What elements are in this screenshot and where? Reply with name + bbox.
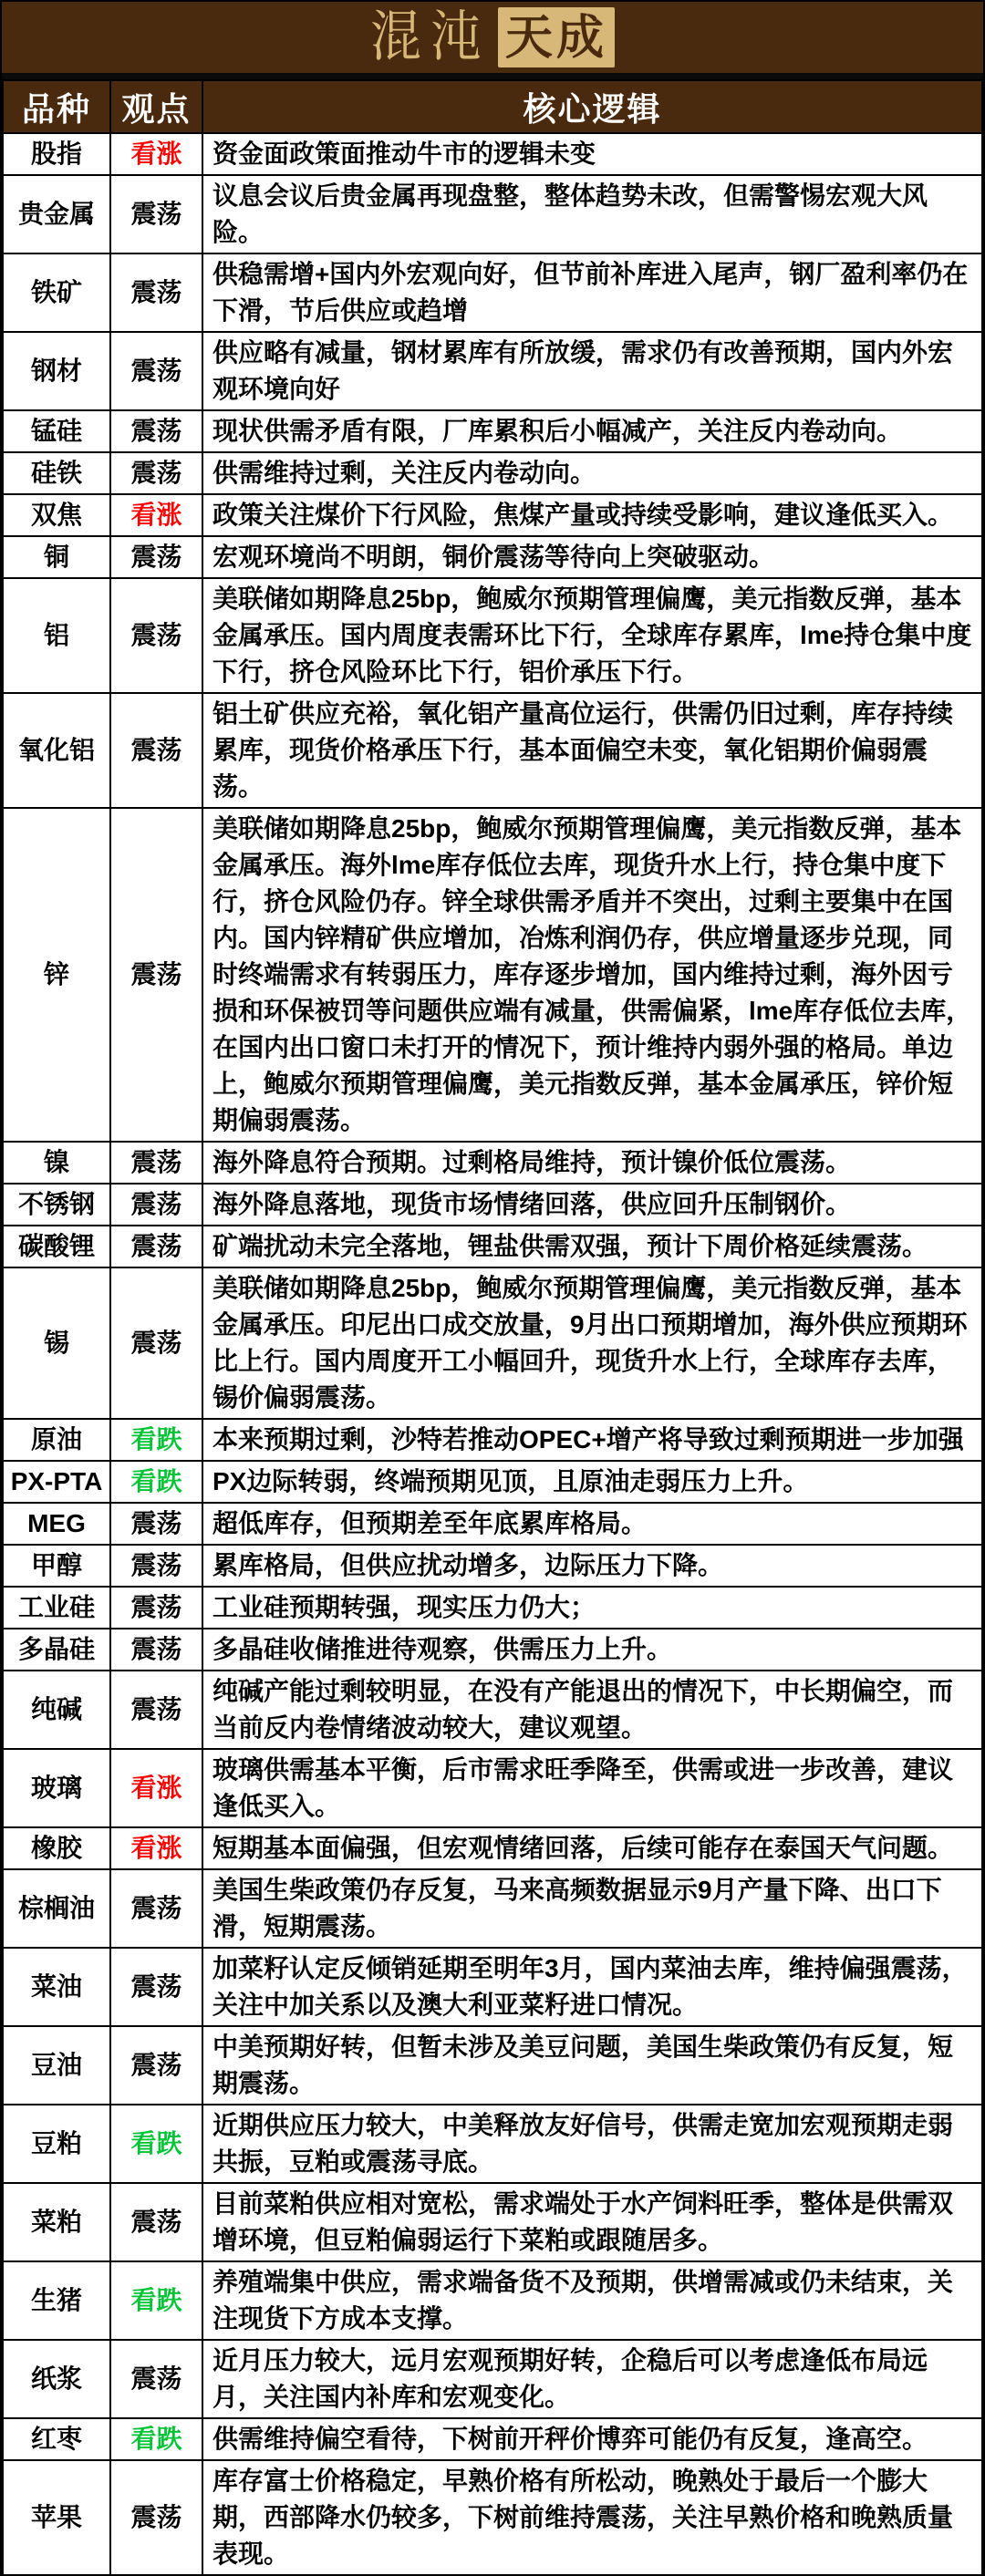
- table-body: 股指看涨资金面政策面推动牛市的逻辑未变贵金属震荡议息会议后贵金属再现盘整，整体趋…: [3, 133, 982, 2575]
- variety-cell: 红枣: [3, 2418, 110, 2460]
- table-row: 氧化铝震荡铝土矿供应充裕，氧化铝产量高位运行，供需仍旧过剩，库存持续累库，现货价…: [3, 693, 982, 808]
- view-cell: 看涨: [110, 1749, 202, 1827]
- variety-cell: 锰硅: [3, 410, 110, 452]
- variety-cell: 豆粕: [3, 2105, 110, 2183]
- variety-cell: 工业硅: [3, 1587, 110, 1629]
- core-logic-cell: 近期供应压力较大，中美释放友好信号，供需走宽加宏观预期走弱共振，豆粕或震荡寻底。: [202, 2105, 982, 2183]
- view-cell: 震荡: [110, 1545, 202, 1587]
- view-cell: 看跌: [110, 2105, 202, 2183]
- variety-cell: 股指: [3, 133, 110, 175]
- variety-cell: 豆油: [3, 2026, 110, 2105]
- table-row: 锌震荡美联储如期降息25bp，鲍威尔预期管理偏鹰，美元指数反弹，基本金属承压。海…: [3, 808, 982, 1142]
- variety-cell: 镍: [3, 1142, 110, 1184]
- view-cell: 震荡: [110, 1948, 202, 2026]
- variety-cell: 玻璃: [3, 1749, 110, 1827]
- core-logic-cell: 短期基本面偏强，但宏观情绪回落，后续可能存在泰国天气问题。: [202, 1827, 982, 1869]
- table-row: 双焦看涨政策关注煤价下行风险，焦煤产量或持续受影响，建议逢低买入。: [3, 494, 982, 536]
- variety-cell: 生猪: [3, 2261, 110, 2340]
- core-logic-cell: 超低库存，但预期差至年底累库格局。: [202, 1503, 982, 1545]
- table-row: 纯碱震荡纯碱产能过剩较明显，在没有产能退出的情况下，中长期偏空，而当前反内卷情绪…: [3, 1671, 982, 1749]
- core-logic-cell: 铝土矿供应充裕，氧化铝产量高位运行，供需仍旧过剩，库存持续累库，现货价格承压下行…: [202, 693, 982, 808]
- core-logic-cell: 多晶硅收储推进待观察，供需压力上升。: [202, 1629, 982, 1671]
- view-cell: 震荡: [110, 1671, 202, 1749]
- core-logic-cell: 供稳需增+国内外宏观向好，但节前补库进入尾声，钢厂盈利率仍在下滑，节后供应或趋增: [202, 253, 982, 332]
- core-logic-cell: 加菜籽认定反倾销延期至明年3月，国内菜油去库，维持偏强震荡，关注中加关系以及澳大…: [202, 1948, 982, 2026]
- core-logic-cell: 目前菜粕供应相对宽松，需求端处于水产饲料旺季，整体是供需双增环境，但豆粕偏弱运行…: [202, 2183, 982, 2261]
- view-cell: 震荡: [110, 175, 202, 253]
- table-row: 碳酸锂震荡矿端扰动未完全落地，锂盐供需双强，预计下周价格延续震荡。: [3, 1226, 982, 1267]
- variety-cell: 原油: [3, 1419, 110, 1461]
- core-logic-cell: 资金面政策面推动牛市的逻辑未变: [202, 133, 982, 175]
- view-cell: 震荡: [110, 1629, 202, 1671]
- col-header-variety: 品种: [3, 80, 110, 133]
- table-row: 生猪看跌养殖端集中供应，需求端备货不及预期，供增需减或仍未结束，关注现货下方成本…: [3, 2261, 982, 2340]
- view-cell: 震荡: [110, 2026, 202, 2105]
- view-cell: 震荡: [110, 578, 202, 693]
- view-cell: 看涨: [110, 494, 202, 536]
- variety-cell: 锌: [3, 808, 110, 1142]
- core-logic-cell: 议息会议后贵金属再现盘整，整体趋势未改，但需警惕宏观大风险。: [202, 175, 982, 253]
- col-header-view: 观点: [110, 80, 202, 133]
- variety-cell: 氧化铝: [3, 693, 110, 808]
- view-cell: 震荡: [110, 2460, 202, 2575]
- table-row: 棕榈油震荡美国生柴政策仍存反复，马来高频数据显示9月产量下降、出口下滑，短期震荡…: [3, 1869, 982, 1948]
- view-cell: 震荡: [110, 1184, 202, 1226]
- table-row: 玻璃看涨玻璃供需基本平衡，后市需求旺季降至，供需或进一步改善，建议逢低买入。: [3, 1749, 982, 1827]
- variety-cell: PX-PTA: [3, 1461, 110, 1503]
- core-logic-cell: 美联储如期降息25bp，鲍威尔预期管理偏鹰，美元指数反弹，基本金属承压。印尼出口…: [202, 1267, 982, 1419]
- variety-cell: 硅铁: [3, 452, 110, 494]
- table-row: 锰硅震荡现状供需矛盾有限，厂库累积后小幅减产，关注反内卷动向。: [3, 410, 982, 452]
- col-header-core-logic: 核心逻辑: [202, 80, 982, 133]
- view-cell: 震荡: [110, 1142, 202, 1184]
- table-row: 贵金属震荡议息会议后贵金属再现盘整，整体趋势未改，但需警惕宏观大风险。: [3, 175, 982, 253]
- variety-cell: 钢材: [3, 332, 110, 410]
- core-logic-cell: 中美预期好转，但暂未涉及美豆问题，美国生柴政策仍有反复，短期震荡。: [202, 2026, 982, 2105]
- core-logic-cell: 玻璃供需基本平衡，后市需求旺季降至，供需或进一步改善，建议逢低买入。: [202, 1749, 982, 1827]
- table-row: 不锈钢震荡海外降息落地，现货市场情绪回落，供应回升压制钢价。: [3, 1184, 982, 1226]
- view-cell: 看涨: [110, 1827, 202, 1869]
- variety-cell: 双焦: [3, 494, 110, 536]
- variety-cell: 棕榈油: [3, 1869, 110, 1948]
- core-logic-cell: 现状供需矛盾有限，厂库累积后小幅减产，关注反内卷动向。: [202, 410, 982, 452]
- core-logic-cell: PX边际转弱，终端预期见顶，且原油走弱压力上升。: [202, 1461, 982, 1503]
- core-logic-cell: 本来预期过剩，沙特若推动OPEC+增产将导致过剩预期进一步加强: [202, 1419, 982, 1461]
- core-logic-cell: 政策关注煤价下行风险，焦煤产量或持续受影响，建议逢低买入。: [202, 494, 982, 536]
- view-cell: 震荡: [110, 808, 202, 1142]
- core-logic-cell: 工业硅预期转强，现实压力仍大；: [202, 1587, 982, 1629]
- commodity-views-table: 品种 观点 核心逻辑 股指看涨资金面政策面推动牛市的逻辑未变贵金属震荡议息会议后…: [2, 79, 983, 2576]
- table-row: 工业硅震荡工业硅预期转强，现实压力仍大；: [3, 1587, 982, 1629]
- table-row: 甲醇震荡累库格局，但供应扰动增多，边际压力下降。: [3, 1545, 982, 1587]
- table-row: 菜油震荡加菜籽认定反倾销延期至明年3月，国内菜油去库，维持偏强震荡，关注中加关系…: [3, 1948, 982, 2026]
- variety-cell: 纸浆: [3, 2340, 110, 2418]
- table-row: 豆粕看跌近期供应压力较大，中美释放友好信号，供需走宽加宏观预期走弱共振，豆粕或震…: [3, 2105, 982, 2183]
- view-cell: 震荡: [110, 1587, 202, 1629]
- table-row: 苹果震荡库存富士价格稳定，早熟价格有所松动，晚熟处于最后一个膨大期，西部降水仍较…: [3, 2460, 982, 2575]
- view-cell: 看跌: [110, 2261, 202, 2340]
- core-logic-cell: 矿端扰动未完全落地，锂盐供需双强，预计下周价格延续震荡。: [202, 1226, 982, 1267]
- core-logic-cell: 供应略有减量，钢材累库有所放缓，需求仍有改善预期，国内外宏观环境向好: [202, 332, 982, 410]
- table-row: MEG震荡超低库存，但预期差至年底累库格局。: [3, 1503, 982, 1545]
- table-row: 豆油震荡中美预期好转，但暂未涉及美豆问题，美国生柴政策仍有反复，短期震荡。: [3, 2026, 982, 2105]
- view-cell: 震荡: [110, 1267, 202, 1419]
- core-logic-cell: 美国生柴政策仍存反复，马来高频数据显示9月产量下降、出口下滑，短期震荡。: [202, 1869, 982, 1948]
- core-logic-cell: 养殖端集中供应，需求端备货不及预期，供增需减或仍未结束，关注现货下方成本支撑。: [202, 2261, 982, 2340]
- core-logic-cell: 海外降息符合预期。过剩格局维持，预计镍价低位震荡。: [202, 1142, 982, 1184]
- view-cell: 震荡: [110, 1503, 202, 1545]
- core-logic-cell: 纯碱产能过剩较明显，在没有产能退出的情况下，中长期偏空，而当前反内卷情绪波动较大…: [202, 1671, 982, 1749]
- view-cell: 震荡: [110, 410, 202, 452]
- table-row: 硅铁震荡供需维持过剩，关注反内卷动向。: [3, 452, 982, 494]
- table-row: 锡震荡美联储如期降息25bp，鲍威尔预期管理偏鹰，美元指数反弹，基本金属承压。印…: [3, 1267, 982, 1419]
- view-cell: 看跌: [110, 2418, 202, 2460]
- variety-cell: 多晶硅: [3, 1629, 110, 1671]
- table-row: 多晶硅震荡多晶硅收储推进待观察，供需压力上升。: [3, 1629, 982, 1671]
- view-cell: 看涨: [110, 133, 202, 175]
- table-row: 铁矿震荡供稳需增+国内外宏观向好，但节前补库进入尾声，钢厂盈利率仍在下滑，节后供…: [3, 253, 982, 332]
- brand-banner: 混沌 天成: [2, 0, 983, 79]
- variety-cell: 不锈钢: [3, 1184, 110, 1226]
- variety-cell: 纯碱: [3, 1671, 110, 1749]
- brand-logo-script-text: 混沌: [370, 10, 491, 65]
- table-row: 钢材震荡供应略有减量，钢材累库有所放缓，需求仍有改善预期，国内外宏观环境向好: [3, 332, 982, 410]
- core-logic-cell: 供需维持过剩，关注反内卷动向。: [202, 452, 982, 494]
- variety-cell: 铜: [3, 536, 110, 578]
- variety-cell: 贵金属: [3, 175, 110, 253]
- view-cell: 震荡: [110, 2183, 202, 2261]
- table-row: 纸浆震荡近月压力较大，远月宏观预期好转，企稳后可以考虑逢低布局远月，关注国内补库…: [3, 2340, 982, 2418]
- table-row: 股指看涨资金面政策面推动牛市的逻辑未变: [3, 133, 982, 175]
- brand-logo-seal: 天成: [498, 7, 615, 67]
- variety-cell: 橡胶: [3, 1827, 110, 1869]
- view-cell: 震荡: [110, 452, 202, 494]
- variety-cell: 菜粕: [3, 2183, 110, 2261]
- core-logic-cell: 美联储如期降息25bp，鲍威尔预期管理偏鹰，美元指数反弹，基本金属承压。海外lm…: [202, 808, 982, 1142]
- table-row: PX-PTA看跌PX边际转弱，终端预期见顶，且原油走弱压力上升。: [3, 1461, 982, 1503]
- table-header-row: 品种 观点 核心逻辑: [3, 80, 982, 133]
- variety-cell: 铝: [3, 578, 110, 693]
- view-cell: 震荡: [110, 332, 202, 410]
- table-row: 原油看跌本来预期过剩，沙特若推动OPEC+增产将导致过剩预期进一步加强: [3, 1419, 982, 1461]
- view-cell: 震荡: [110, 2340, 202, 2418]
- variety-cell: 铁矿: [3, 253, 110, 332]
- core-logic-cell: 库存富士价格稳定，早熟价格有所松动，晚熟处于最后一个膨大期，西部降水仍较多，下树…: [202, 2460, 982, 2575]
- view-cell: 震荡: [110, 253, 202, 332]
- core-logic-cell: 宏观环境尚不明朗，铜价震荡等待向上突破驱动。: [202, 536, 982, 578]
- table-row: 铝震荡美联储如期降息25bp，鲍威尔预期管理偏鹰，美元指数反弹，基本金属承压。国…: [3, 578, 982, 693]
- table-row: 铜震荡宏观环境尚不明朗，铜价震荡等待向上突破驱动。: [3, 536, 982, 578]
- table-row: 菜粕震荡目前菜粕供应相对宽松，需求端处于水产饲料旺季，整体是供需双增环境，但豆粕…: [3, 2183, 982, 2261]
- table-row: 镍震荡海外降息符合预期。过剩格局维持，预计镍价低位震荡。: [3, 1142, 982, 1184]
- report-sheet: 混沌 天成 品种 观点 核心逻辑 股指看涨资金面政策面推动牛市的逻辑未变贵金属震…: [0, 0, 985, 2576]
- variety-cell: 苹果: [3, 2460, 110, 2575]
- view-cell: 看跌: [110, 1461, 202, 1503]
- view-cell: 震荡: [110, 536, 202, 578]
- core-logic-cell: 美联储如期降息25bp，鲍威尔预期管理偏鹰，美元指数反弹，基本金属承压。国内周度…: [202, 578, 982, 693]
- variety-cell: MEG: [3, 1503, 110, 1545]
- view-cell: 震荡: [110, 693, 202, 808]
- core-logic-cell: 累库格局，但供应扰动增多，边际压力下降。: [202, 1545, 982, 1587]
- variety-cell: 菜油: [3, 1948, 110, 2026]
- view-cell: 震荡: [110, 1869, 202, 1948]
- table-row: 橡胶看涨短期基本面偏强，但宏观情绪回落，后续可能存在泰国天气问题。: [3, 1827, 982, 1869]
- core-logic-cell: 海外降息落地，现货市场情绪回落，供应回升压制钢价。: [202, 1184, 982, 1226]
- view-cell: 看跌: [110, 1419, 202, 1461]
- variety-cell: 碳酸锂: [3, 1226, 110, 1267]
- view-cell: 震荡: [110, 1226, 202, 1267]
- variety-cell: 锡: [3, 1267, 110, 1419]
- variety-cell: 甲醇: [3, 1545, 110, 1587]
- core-logic-cell: 近月压力较大，远月宏观预期好转，企稳后可以考虑逢低布局远月，关注国内补库和宏观变…: [202, 2340, 982, 2418]
- core-logic-cell: 供需维持偏空看待，下树前开秤价博弈可能仍有反复，逢高空。: [202, 2418, 982, 2460]
- table-row: 红枣看跌供需维持偏空看待，下树前开秤价博弈可能仍有反复，逢高空。: [3, 2418, 982, 2460]
